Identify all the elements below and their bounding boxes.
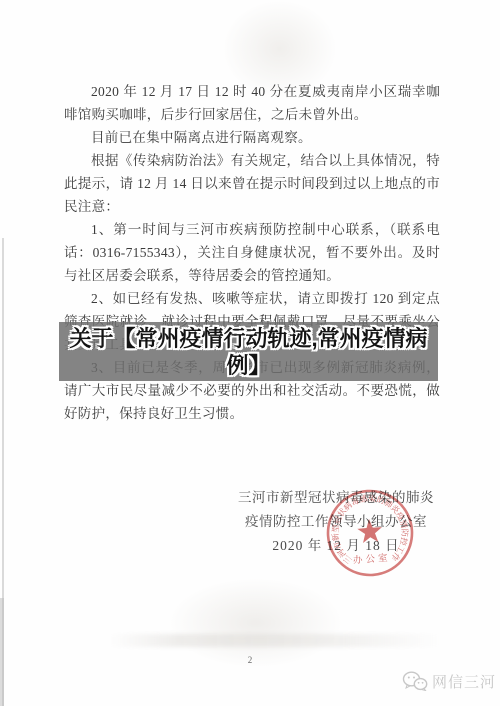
wechat-icon	[402, 671, 428, 691]
scanned-document-page: 2020 年 12 月 17 日 12 时 40 分在夏威夷南岸小区瑞幸咖啡馆购…	[0, 0, 500, 706]
official-seal-stamp: 三河市新型冠状病毒感染的肺炎疫情防控工作领导小组 办公室	[317, 480, 424, 587]
headline-title: 关于【常州疫情行动轨迹,常州疫情病例】	[59, 325, 438, 379]
page-edge-corner	[0, 598, 4, 706]
document-paragraph: 目前已在集中隔离点进行隔离观察。	[64, 126, 440, 149]
seal-center-label: 办公室	[353, 552, 391, 567]
document-paragraph: 1、第一时间与三河市疾病预防控制中心联系，（联系电话：0316-7155343）…	[64, 218, 440, 287]
watermark: 网信三河	[402, 670, 496, 692]
document-paragraph: 2020 年 12 月 17 日 12 时 40 分在夏威夷南岸小区瑞幸咖啡馆购…	[64, 80, 440, 126]
scan-shadow-streak	[108, 634, 443, 647]
seal-star-icon	[357, 518, 383, 543]
watermark-label: 网信三河	[432, 671, 496, 692]
headline-overlay-band: 关于【常州疫情行动轨迹,常州疫情病例】	[59, 322, 438, 381]
page-number: 2	[244, 655, 256, 665]
page-edge-line	[2, 238, 4, 706]
document-paragraph: 根据《传染病防治法》有关规定，结合以上具体情况，特此提示，请 12 月 14 日…	[64, 149, 440, 218]
